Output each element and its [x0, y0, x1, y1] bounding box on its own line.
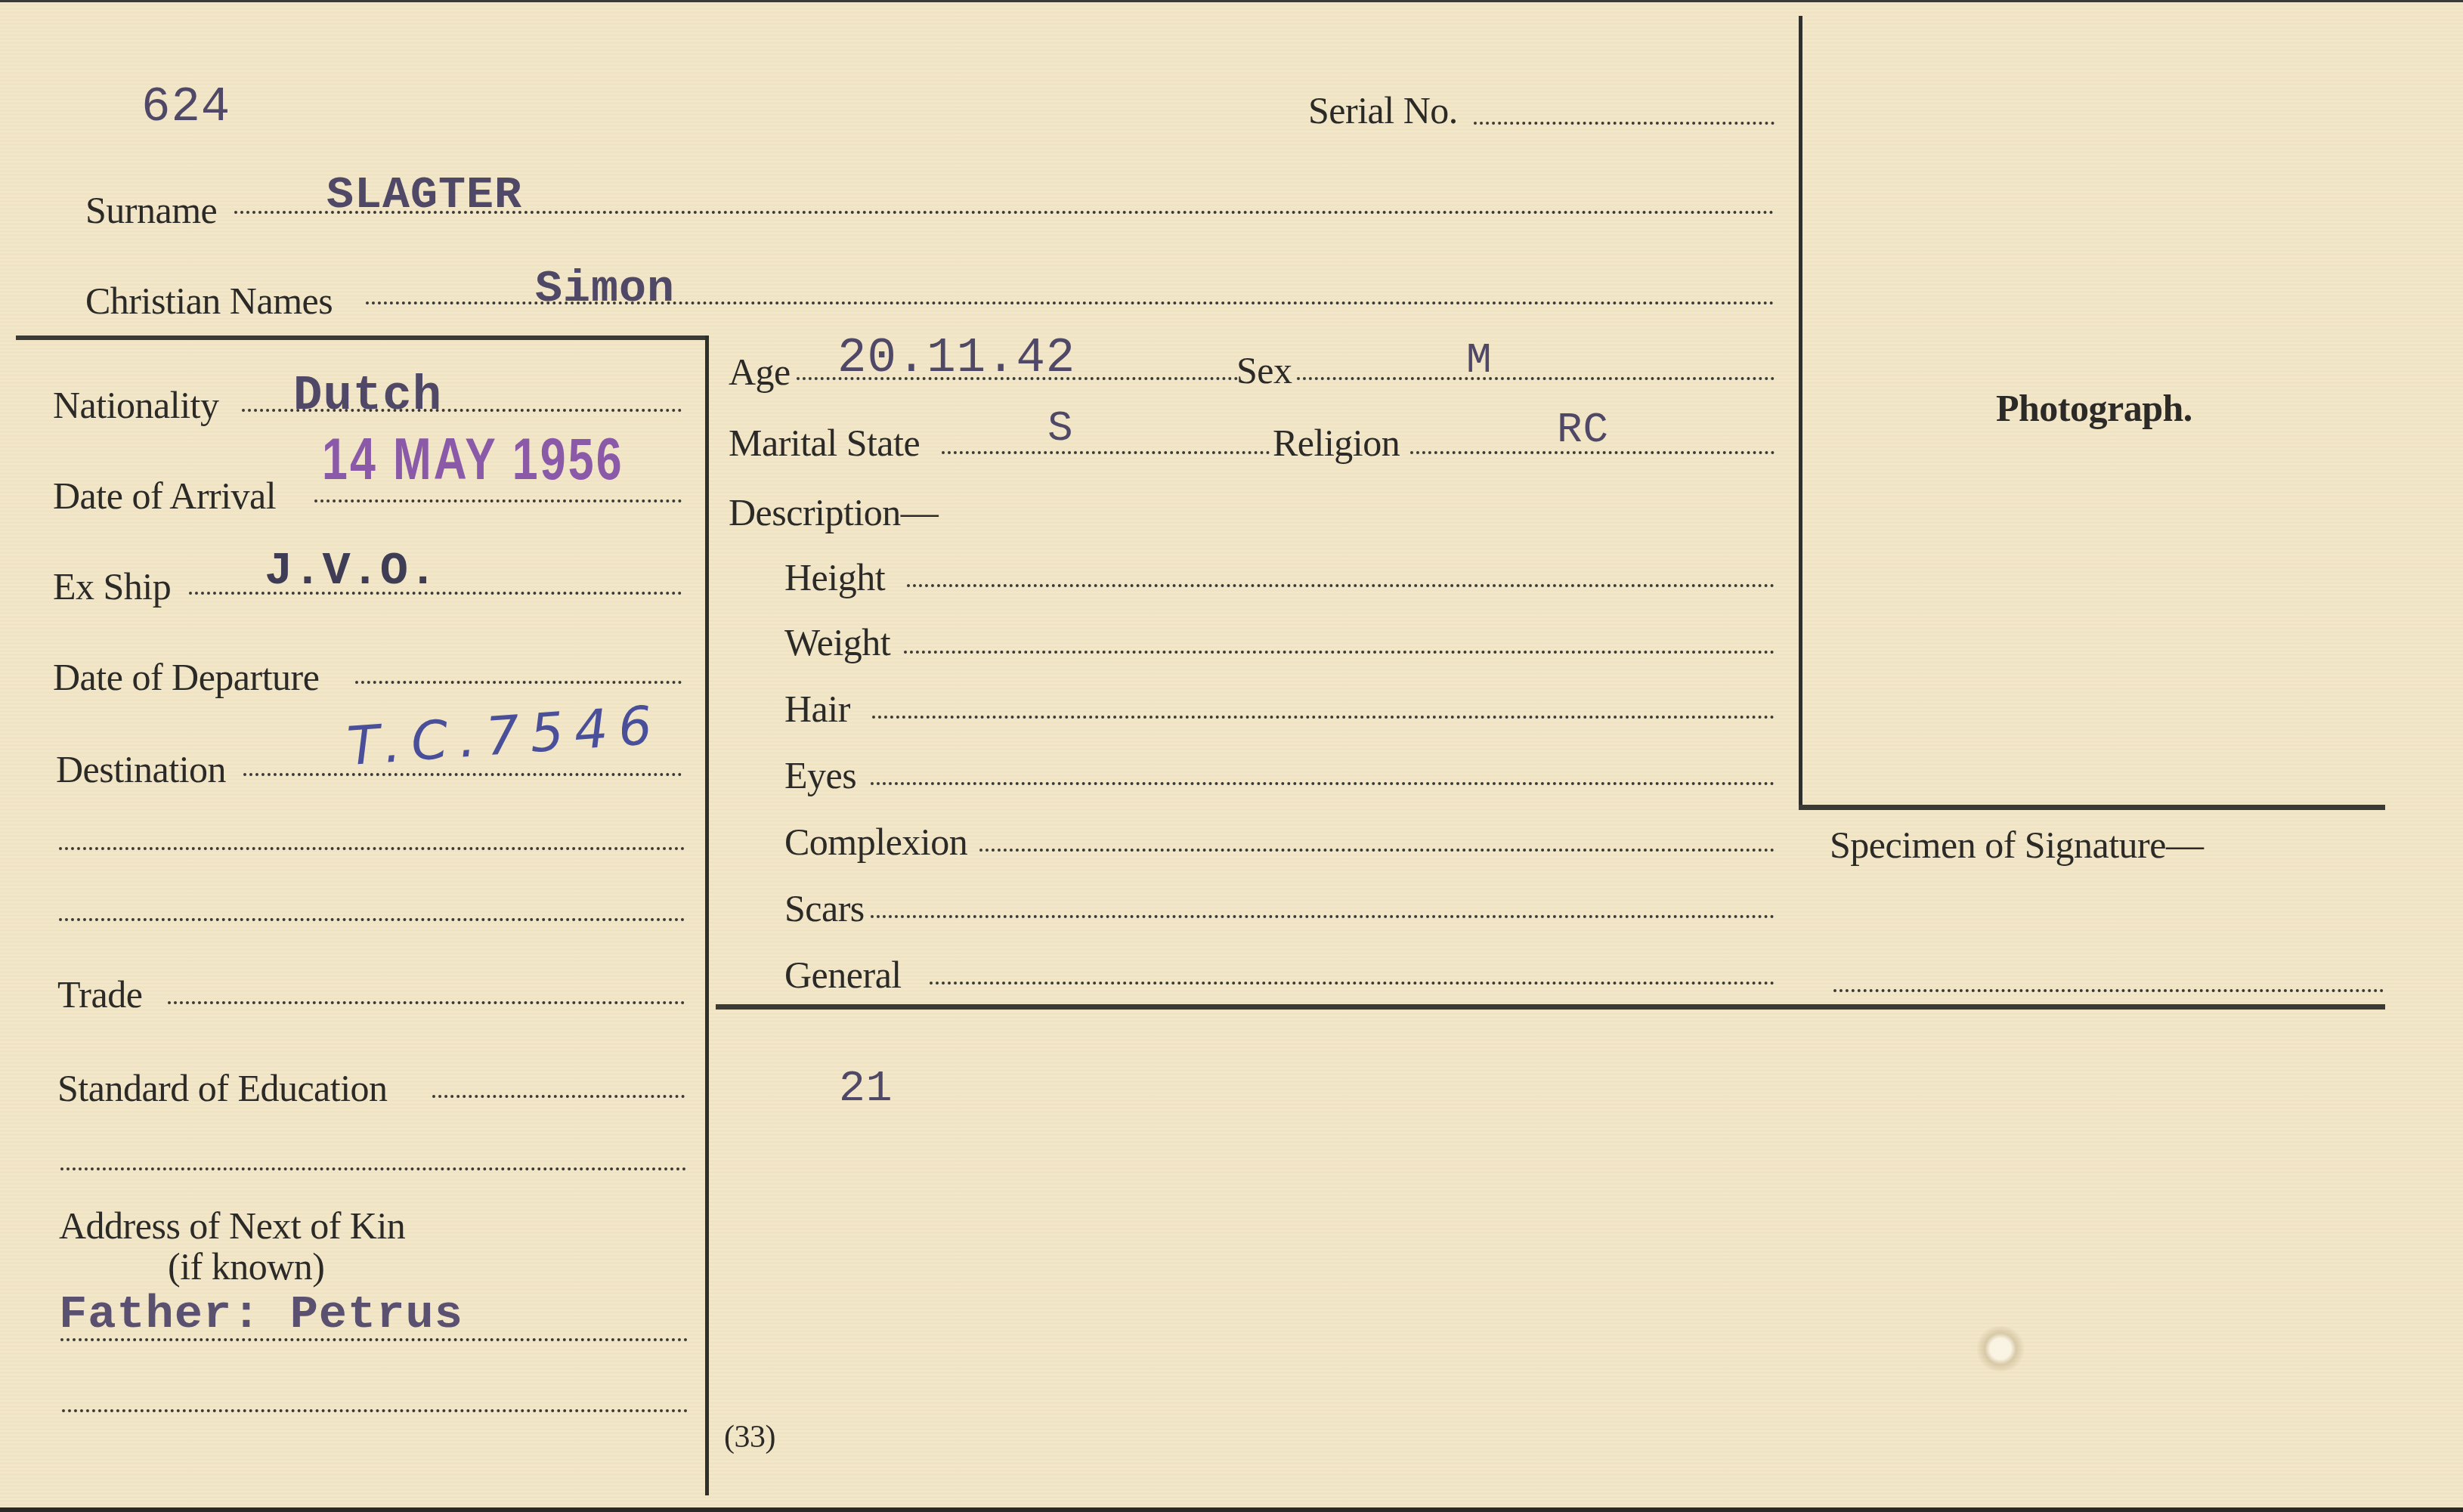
weight-label: Weight: [784, 623, 890, 661]
destination-field[interactable]: [243, 773, 682, 776]
photograph-box-left-rule: [1799, 16, 1802, 809]
age-label: Age: [729, 353, 791, 391]
next-of-kin-value: Father: Petrus: [59, 1291, 463, 1338]
education-extra-line[interactable]: [60, 1167, 686, 1170]
christian-names-value: Simon: [535, 267, 675, 312]
surname-label: Surname: [85, 191, 217, 229]
date-of-departure-label: Date of Departure: [53, 658, 319, 696]
arrival-date-stamp: 14 MAY 1956: [322, 429, 624, 488]
ex-ship-value: J.V.O.: [265, 548, 438, 595]
ex-ship-label: Ex Ship: [53, 567, 171, 605]
destination-extra-line-1[interactable]: [59, 847, 685, 850]
christian-names-label: Christian Names: [85, 282, 333, 320]
left-box-divider: [705, 335, 709, 1495]
nationality-value: Dutch: [293, 373, 442, 421]
date-of-departure-field[interactable]: [355, 681, 682, 684]
destination-extra-line-2[interactable]: [59, 918, 685, 921]
index-number: 624: [141, 84, 231, 132]
next-of-kin-label: Address of Next of Kin: [59, 1207, 405, 1245]
trade-field[interactable]: [168, 1001, 685, 1004]
next-of-kin-extra-line[interactable]: [62, 1409, 688, 1412]
date-of-arrival-field[interactable]: [314, 499, 682, 502]
sex-value: M: [1466, 339, 1493, 382]
serial-no-label: Serial No.: [1308, 91, 1458, 129]
registration-card: 624 Serial No. Surname SLAGTER Christian…: [0, 0, 2463, 1512]
photograph-area: [1803, 17, 2385, 805]
paper-stain: [1974, 1326, 2027, 1371]
scars-label: Scars: [784, 889, 865, 927]
nationality-label: Nationality: [53, 386, 218, 424]
sex-field[interactable]: [1297, 377, 1775, 380]
destination-label: Destination: [56, 750, 226, 788]
next-of-kin-sublabel: (if known): [168, 1248, 324, 1285]
signature-field[interactable]: [1833, 989, 2384, 992]
eyes-label: Eyes: [784, 756, 856, 794]
standard-of-education-field[interactable]: [432, 1095, 685, 1098]
marital-state-label: Marital State: [729, 424, 920, 462]
scars-field[interactable]: [871, 915, 1775, 918]
eyes-field[interactable]: [871, 782, 1775, 785]
marital-state-value: S: [1047, 407, 1074, 450]
height-label: Height: [784, 558, 885, 596]
photograph-box-bottom-rule: [1799, 805, 2385, 810]
hair-label: Hair: [784, 690, 850, 728]
trade-label: Trade: [57, 976, 142, 1013]
height-field[interactable]: [907, 584, 1775, 587]
surname-value: SLAGTER: [326, 173, 522, 218]
serial-no-field[interactable]: [1474, 122, 1775, 125]
religion-label: Religion: [1273, 424, 1400, 462]
date-of-arrival-label: Date of Arrival: [53, 477, 276, 515]
general-label: General: [784, 956, 902, 994]
weight-field[interactable]: [904, 651, 1775, 654]
standard-of-education-label: Standard of Education: [57, 1069, 388, 1107]
religion-value: RC: [1557, 409, 1609, 451]
complexion-field[interactable]: [979, 849, 1775, 852]
complexion-label: Complexion: [784, 823, 967, 861]
destination-handwritten-value: T.C.7546: [345, 698, 664, 773]
age-value: 20.11.42: [837, 335, 1075, 383]
next-of-kin-field[interactable]: [60, 1338, 688, 1341]
hair-field[interactable]: [872, 716, 1775, 719]
form-code: (33): [724, 1421, 775, 1453]
middle-section-bottom-rule: [716, 1004, 2385, 1010]
left-box-top-rule: [16, 335, 707, 340]
specimen-of-signature-label: Specimen of Signature—: [1830, 826, 2203, 864]
general-field[interactable]: [930, 982, 1775, 985]
description-label: Description—: [729, 493, 938, 531]
sex-label: Sex: [1236, 351, 1292, 389]
note-number: 21: [839, 1068, 893, 1112]
marital-state-field[interactable]: [942, 451, 1270, 454]
